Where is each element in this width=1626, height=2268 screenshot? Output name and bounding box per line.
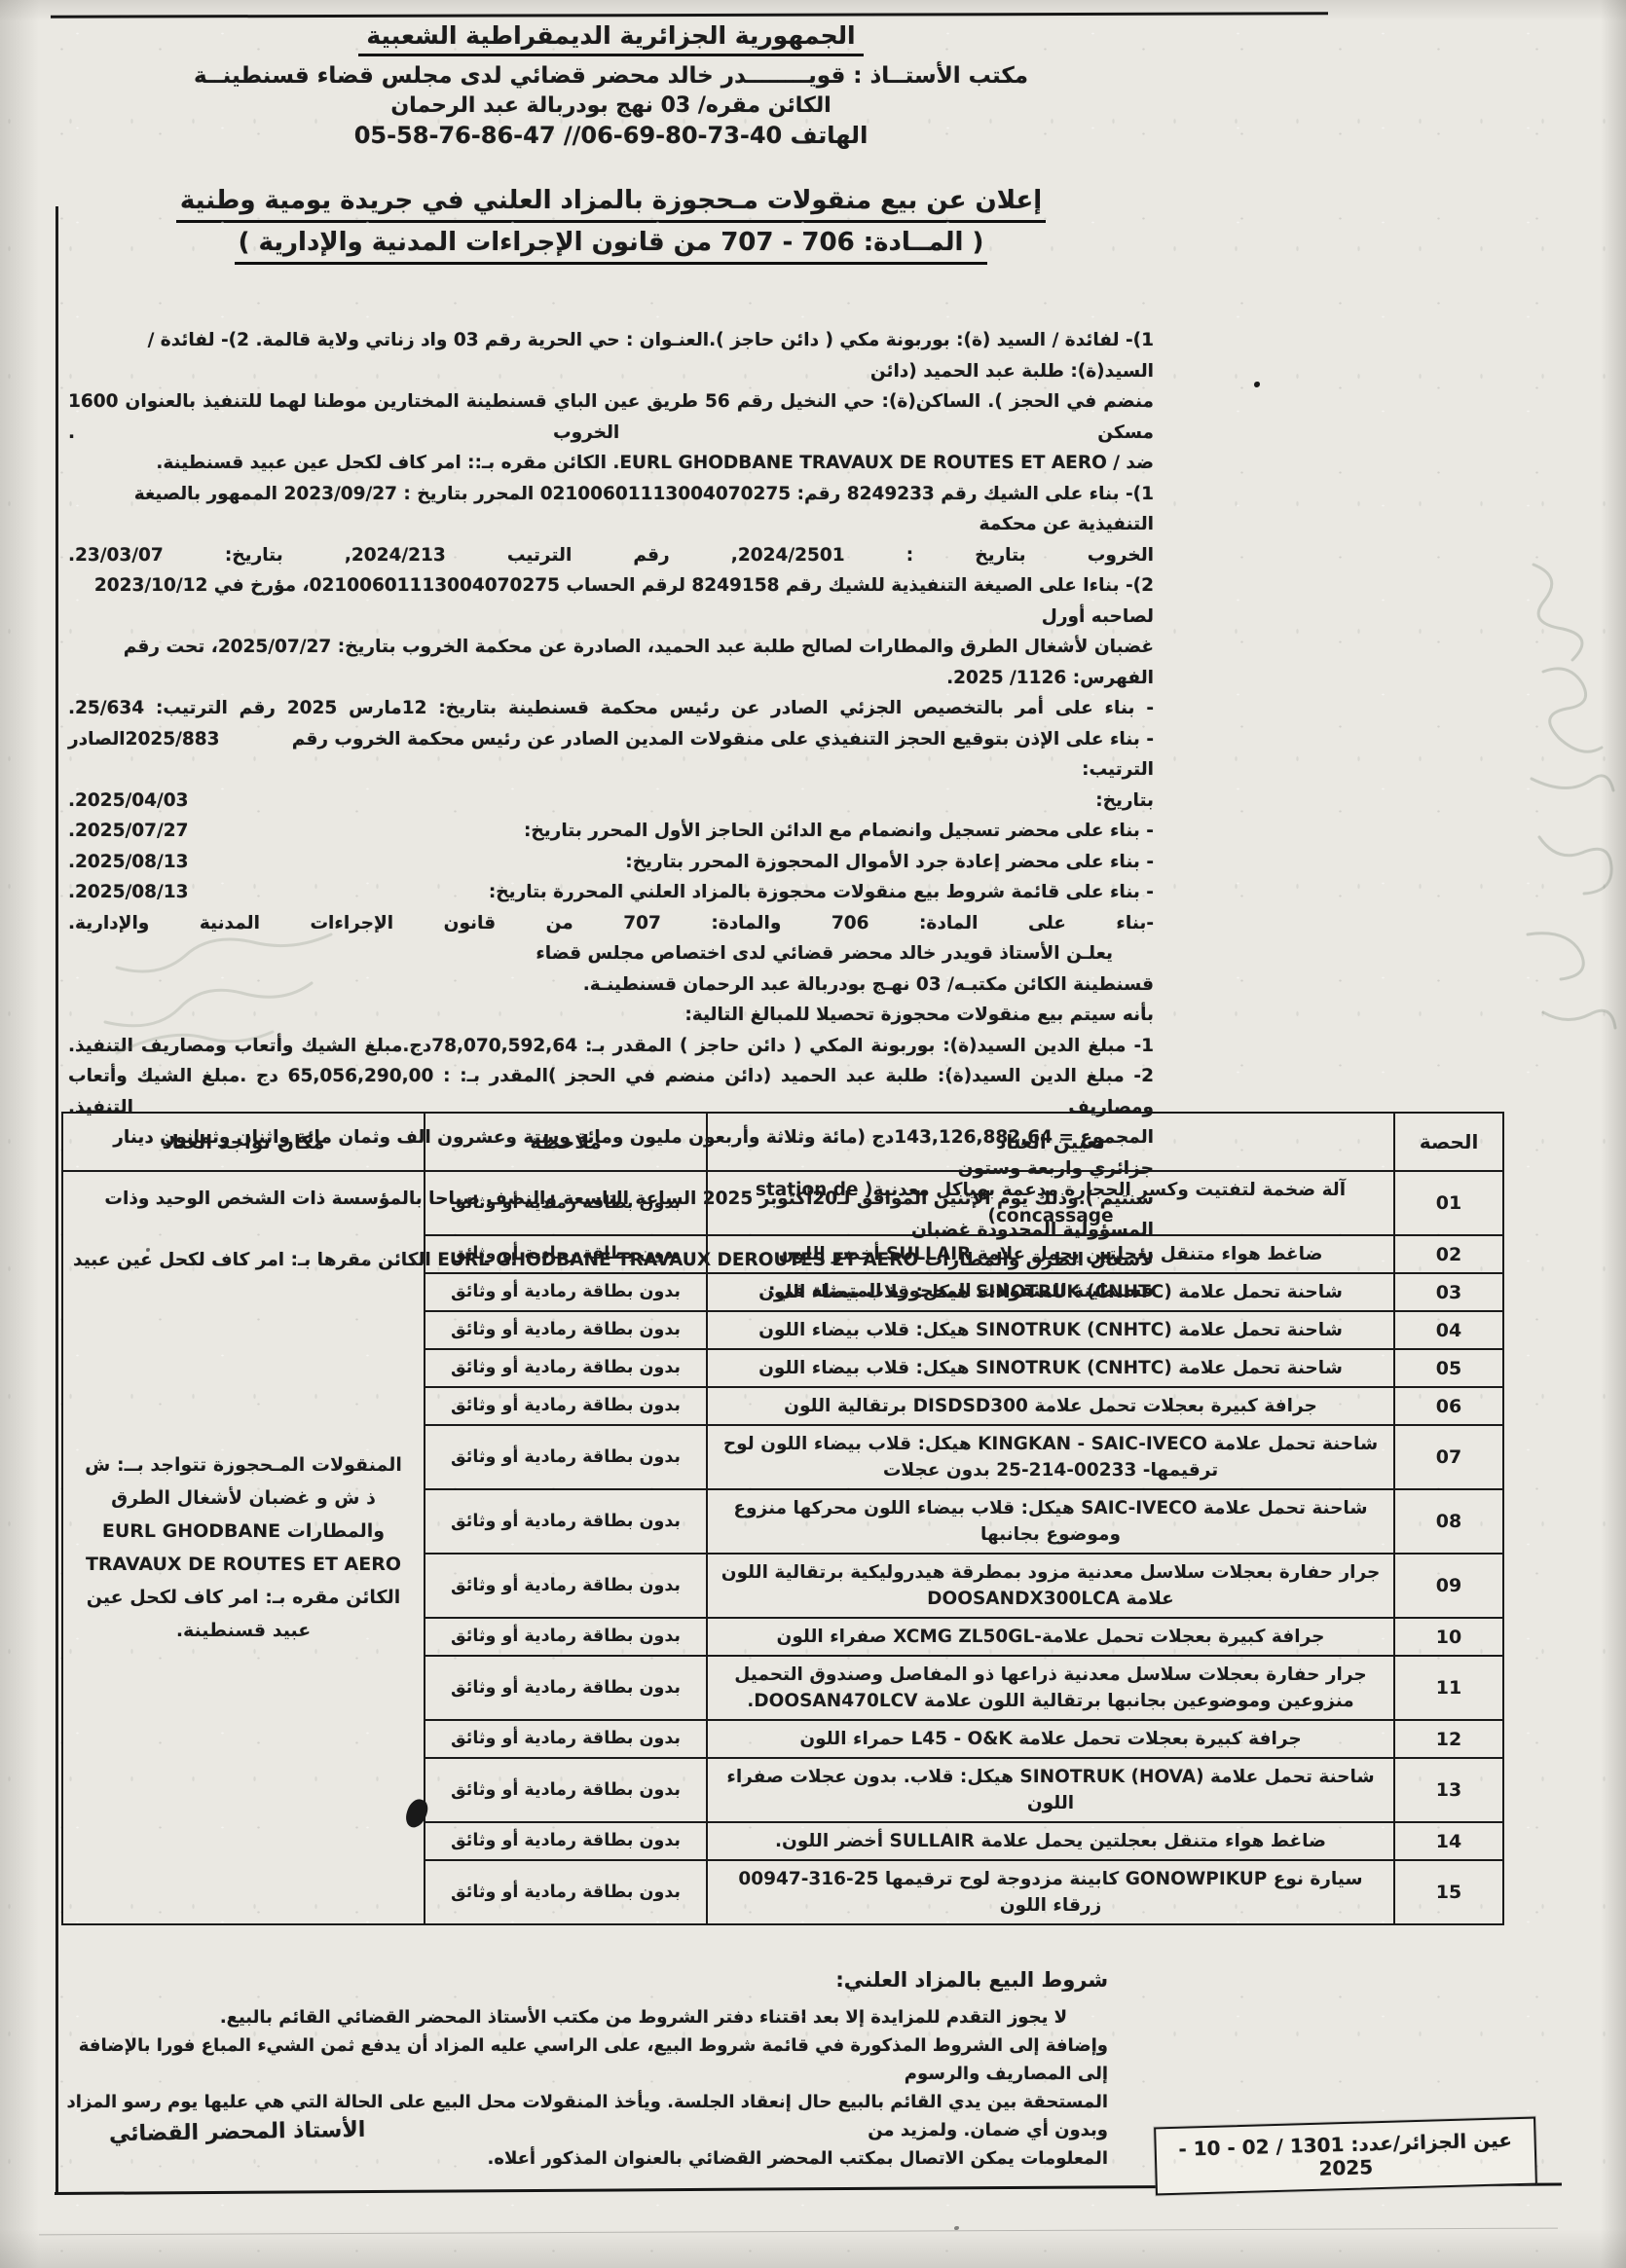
note-cell: بدون بطاقة رمادية أو وثائق <box>425 1860 707 1924</box>
column-header-designation: تعيين العتاد <box>707 1113 1394 1171</box>
body-line: غضبان لأشغال الطرق والمطارات لصالح طلبة … <box>68 632 1154 693</box>
designation-cell: شاحنة تحمل علامة SAIC-IVECO هيكل: قلاب ب… <box>707 1489 1394 1554</box>
body-line-text: - بناء على الإذن بتوقيع الحجز التنفيذي ع… <box>219 724 1154 786</box>
note-cell: بدون بطاقة رمادية أو وثائق <box>425 1387 707 1425</box>
body-line: قسنطينة الكائن مكتبـه/ 03 نهـج بودربالة … <box>68 969 1154 1001</box>
lot-number-cell: 12 <box>1394 1720 1503 1758</box>
note-cell: بدون بطاقة رمادية أو وثائق <box>425 1656 707 1720</box>
seized-items-table: الحصة تعيين العتاد ملاحظة مكان تواجد الع… <box>61 1112 1504 1925</box>
phone-line: الهاتف 05-58-76-86-47 //06-69-80-73-40 <box>68 122 1154 149</box>
lot-number-cell: 04 <box>1394 1311 1503 1349</box>
lot-number-cell: 07 <box>1394 1425 1503 1489</box>
designation-cell: جرافة كبيرة بعجلات تحمل علامة-‎XCMG ZL50… <box>707 1618 1394 1656</box>
designation-cell: شاحنة تحمل علامة (CNHTC) SINOTRUK هيكل: … <box>707 1349 1394 1387</box>
designation-cell: سيارة نوع GONOWPIKUP كابينة مزدوجة لوح ت… <box>707 1860 1394 1924</box>
designation-cell: شاحنة تحمل علامة KINGKAN - SAIC-IVECO هي… <box>707 1425 1394 1489</box>
body-line: -بناء على المادة: 706 والمادة: 707 من قا… <box>68 908 1154 939</box>
scanned-legal-notice-page: الجمهورية الجزائرية الديمقراطية الشعبية … <box>0 0 1626 2268</box>
body-line: - بناء على قائمة شروط بيع منقولات محجوزة… <box>68 877 1154 908</box>
note-cell: بدون بطاقة رمادية أو وثائق <box>425 1554 707 1618</box>
designation-cell: جرار حفارة بعجلات سلاسل معدنية مزود بمطر… <box>707 1554 1394 1618</box>
lot-number-cell: 01 <box>1394 1171 1503 1235</box>
body-line-date: 2025/883الصادر <box>68 724 219 786</box>
note-cell: بدون بطاقة رمادية أو وثائق <box>425 1235 707 1273</box>
sale-conditions-text: لا يجوز التقدم للمزايدة إلا بعد اقتناء د… <box>64 2003 1108 2173</box>
notice-title-line1: إعلان عن بيع منقولات مـحجوزة بالمزاد الع… <box>176 186 1046 223</box>
designation-cell: ضاغط هواء متنقل بعجلتين يحمل علامة SULLA… <box>707 1822 1394 1860</box>
body-line: ضد / EURL GHODBANE TRAVAUX DE ROUTES ET … <box>68 448 1154 479</box>
scan-artifact-line <box>39 2228 1558 2236</box>
table-row: 01آلة ضخمة لتفتيت وكسر الحجارة مدعمة بهي… <box>62 1171 1503 1235</box>
body-line: 1- مبلغ الدين السيد(ة): بوربونة المكي ( … <box>68 1031 1154 1062</box>
body-line-date: 2025/08/13. <box>68 877 189 908</box>
body-line: - بناء على الإذن بتوقيع الحجز التنفيذي ع… <box>68 724 1154 786</box>
bailiff-office-line: مكتب الأستــاذ : قويــــــــدر خالد محضر… <box>68 63 1154 89</box>
condition-line: المعلومات يمكن الاتصال بمكتب المحضر القض… <box>64 2144 1108 2173</box>
note-cell: بدون بطاقة رمادية أو وثائق <box>425 1349 707 1387</box>
body-line-text: بتاريخ: <box>1095 786 1154 817</box>
notice-title-line2: ( المــادة: 706 - 707 من قانون الإجراءات… <box>235 228 988 265</box>
designation-cell: شاحنة تحمل علامة (HOVA) SINOTRUK هيكل: ق… <box>707 1758 1394 1822</box>
left-border-line <box>55 206 58 2194</box>
table-header-row: الحصة تعيين العتاد ملاحظة مكان تواجد الع… <box>62 1113 1503 1171</box>
condition-line: لا يجوز التقدم للمزايدة إلا بعد اقتناء د… <box>64 2003 1108 2031</box>
column-header-location: مكان تواجد العتاد <box>62 1113 425 1171</box>
column-header-note: ملاحظة <box>425 1113 707 1171</box>
sale-conditions-heading: شروط البيع بالمزاد العلني: <box>64 1968 1108 1992</box>
designation-cell: جرافة كبيرة بعجلات تحمل علامة DISDSD300 … <box>707 1387 1394 1425</box>
body-line-date: 2025/07/27. <box>68 816 189 847</box>
note-cell: بدون بطاقة رمادية أو وثائق <box>425 1273 707 1311</box>
body-line: يعلـن الأستاذ قويدر خالد محضر قضائي لدى … <box>68 938 1154 969</box>
designation-cell: شاحنة تحمل علامة (CNHTC) SINOTRUK هيكل: … <box>707 1273 1394 1311</box>
column-header-lot: الحصة <box>1394 1113 1503 1171</box>
body-line: - بناء على محضر تسجيل وانضمام مع الدائن … <box>68 816 1154 847</box>
lot-number-cell: 09 <box>1394 1554 1503 1618</box>
lot-number-cell: 03 <box>1394 1273 1503 1311</box>
phone-label: الهاتف <box>791 122 868 149</box>
seized-items-table-wrap: الحصة تعيين العتاد ملاحظة مكان تواجد الع… <box>61 1112 1502 1925</box>
body-line: الخروب بتاريخ : 2024/2501, رقم الترتيب 2… <box>68 540 1154 571</box>
note-cell: بدون بطاقة رمادية أو وثائق <box>425 1425 707 1489</box>
note-cell: بدون بطاقة رمادية أو وثائق <box>425 1311 707 1349</box>
note-cell: بدون بطاقة رمادية أو وثائق <box>425 1618 707 1656</box>
lot-number-cell: 05 <box>1394 1349 1503 1387</box>
body-line: بتاريخ:2025/04/03. <box>68 786 1154 817</box>
lot-number-cell: 11 <box>1394 1656 1503 1720</box>
office-address-line: الكائن مقره/ 03 نهج بودربالة عبد الرحمان <box>68 93 1154 118</box>
note-cell: بدون بطاقة رمادية أو وثائق <box>425 1720 707 1758</box>
notice-title: إعلان عن بيع منقولات مـحجوزة بالمزاد الع… <box>68 181 1154 265</box>
body-line: - بناء على محضر إعادة جرد الأموال المحجو… <box>68 847 1154 878</box>
note-cell: بدون بطاقة رمادية أو وثائق <box>425 1171 707 1235</box>
designation-cell: جرار حفارة بعجلات سلاسل معدنية ذراعها ذو… <box>707 1656 1394 1720</box>
body-line: 2)- بناءا على الصيغة التنفيذية للشيك رقم… <box>68 570 1154 632</box>
bailiff-signature-label: الأستاذ المحضر القضائي <box>109 2118 366 2147</box>
lot-number-cell: 08 <box>1394 1489 1503 1554</box>
newspaper-issue-stamp: عين الجزائر/عدد: 1301 / 02 - 10 - 2025 <box>1154 2117 1537 2196</box>
body-line: 1)- بناء على الشيك رقم 8249233 رقم: 0210… <box>68 479 1154 540</box>
handwritten-margin-marks <box>1514 545 1621 1090</box>
body-line: بأنه سيتم بيع منقولات محجوزة تحصيلا للمب… <box>68 1000 1154 1031</box>
lot-number-cell: 02 <box>1394 1235 1503 1273</box>
designation-cell: شاحنة تحمل علامة (CNHTC) SINOTRUK هيكل: … <box>707 1311 1394 1349</box>
note-cell: بدون بطاقة رمادية أو وثائق <box>425 1822 707 1860</box>
note-cell: بدون بطاقة رمادية أو وثائق <box>425 1758 707 1822</box>
designation-cell: آلة ضخمة لتفتيت وكسر الحجارة مدعمة بهياك… <box>707 1171 1394 1235</box>
document-header: الجمهورية الجزائرية الديمقراطية الشعبية … <box>68 21 1154 149</box>
note-cell: بدون بطاقة رمادية أو وثائق <box>425 1489 707 1554</box>
top-rule-line <box>51 12 1328 18</box>
body-line-text: - بناء على قائمة شروط بيع منقولات محجوزة… <box>489 877 1154 908</box>
body-line-text: - بناء على محضر إعادة جرد الأموال المحجو… <box>625 847 1154 878</box>
phone-numbers: 05-58-76-86-47 //06-69-80-73-40 <box>354 122 783 149</box>
lot-number-cell: 14 <box>1394 1822 1503 1860</box>
condition-line: وإضافة إلى الشروط المذكورة في قائمة شروط… <box>64 2031 1108 2088</box>
lot-number-cell: 13 <box>1394 1758 1503 1822</box>
designation-cell: ضاغط هواء متنقل بعجلتين يحمل علامة SULLA… <box>707 1235 1394 1273</box>
body-line: 1)- لفائدة / السيد (ة): بوربونة مكي ( دا… <box>68 325 1154 386</box>
lot-number-cell: 06 <box>1394 1387 1503 1425</box>
body-line-text: - بناء على محضر تسجيل وانضمام مع الدائن … <box>524 816 1154 847</box>
designation-cell: جرافة كبيرة بعجلات تحمل علامة ‎L45 - O&K… <box>707 1720 1394 1758</box>
body-line: منضم في الحجز ). الساكن(ة): حي النخيل رق… <box>68 386 1154 448</box>
body-line: - بناء على أمر بالتخصيص الجزئي الصادر عن… <box>68 693 1154 724</box>
location-cell: المنقولات المـحجوزة تتواجد بــ: ش ذ ش و … <box>62 1171 425 1924</box>
lot-number-cell: 10 <box>1394 1618 1503 1656</box>
body-line-date: 2025/08/13. <box>68 847 189 878</box>
republic-title: الجمهورية الجزائرية الديمقراطية الشعبية <box>358 21 863 56</box>
ink-speck <box>1254 382 1260 387</box>
body-line-date: 2025/04/03. <box>68 786 189 817</box>
lot-number-cell: 15 <box>1394 1860 1503 1924</box>
